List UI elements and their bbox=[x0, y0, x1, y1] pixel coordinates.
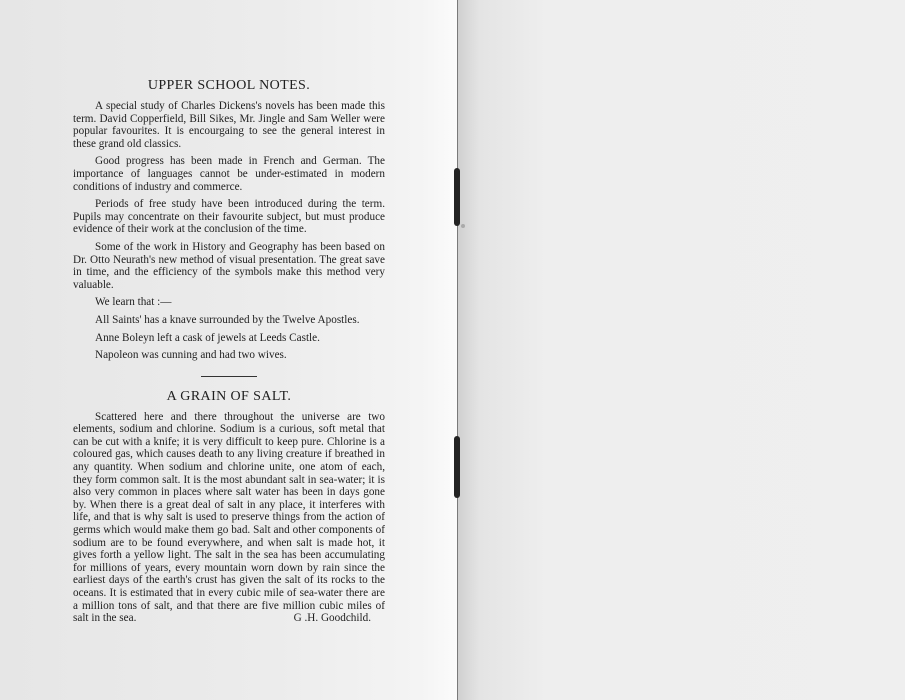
section-divider bbox=[201, 376, 257, 377]
upper-school-notes-title: UPPER SCHOOL NOTES. bbox=[73, 78, 385, 94]
paper-speck bbox=[461, 224, 465, 228]
grain-of-salt-text: Scattered here and there throughout the … bbox=[73, 411, 385, 625]
paragraph: A special study of Charles Dickens's nov… bbox=[73, 100, 385, 150]
author-signature: G .H. Goodchild. bbox=[272, 612, 371, 625]
paragraph: Some of the work in History and Geograph… bbox=[73, 241, 385, 291]
page-gutter bbox=[457, 0, 458, 700]
staple-top bbox=[454, 168, 460, 226]
paragraph: We learn that :— bbox=[73, 296, 385, 309]
paragraph: Good progress has been made in French an… bbox=[73, 155, 385, 193]
grain-of-salt-body: Scattered here and there throughout the … bbox=[73, 411, 385, 625]
paragraph: All Saints' has a knave surrounded by th… bbox=[73, 314, 385, 327]
grain-of-salt-title: A GRAIN OF SALT. bbox=[73, 389, 385, 405]
booklet-spread: UPPER SCHOOL NOTES. A special study of C… bbox=[0, 0, 905, 700]
staple-bottom bbox=[454, 436, 460, 498]
left-column: UPPER SCHOOL NOTES. A special study of C… bbox=[73, 78, 385, 630]
right-page: Your Career Problem? DISTRIBUTING THE WO… bbox=[457, 0, 905, 700]
paragraph: Periods of free study have been introduc… bbox=[73, 198, 385, 236]
left-page: UPPER SCHOOL NOTES. A special study of C… bbox=[0, 0, 457, 700]
paragraph: Napoleon was cunning and had two wives. bbox=[73, 349, 385, 362]
paragraph: Anne Boleyn left a cask of jewels at Lee… bbox=[73, 332, 385, 345]
